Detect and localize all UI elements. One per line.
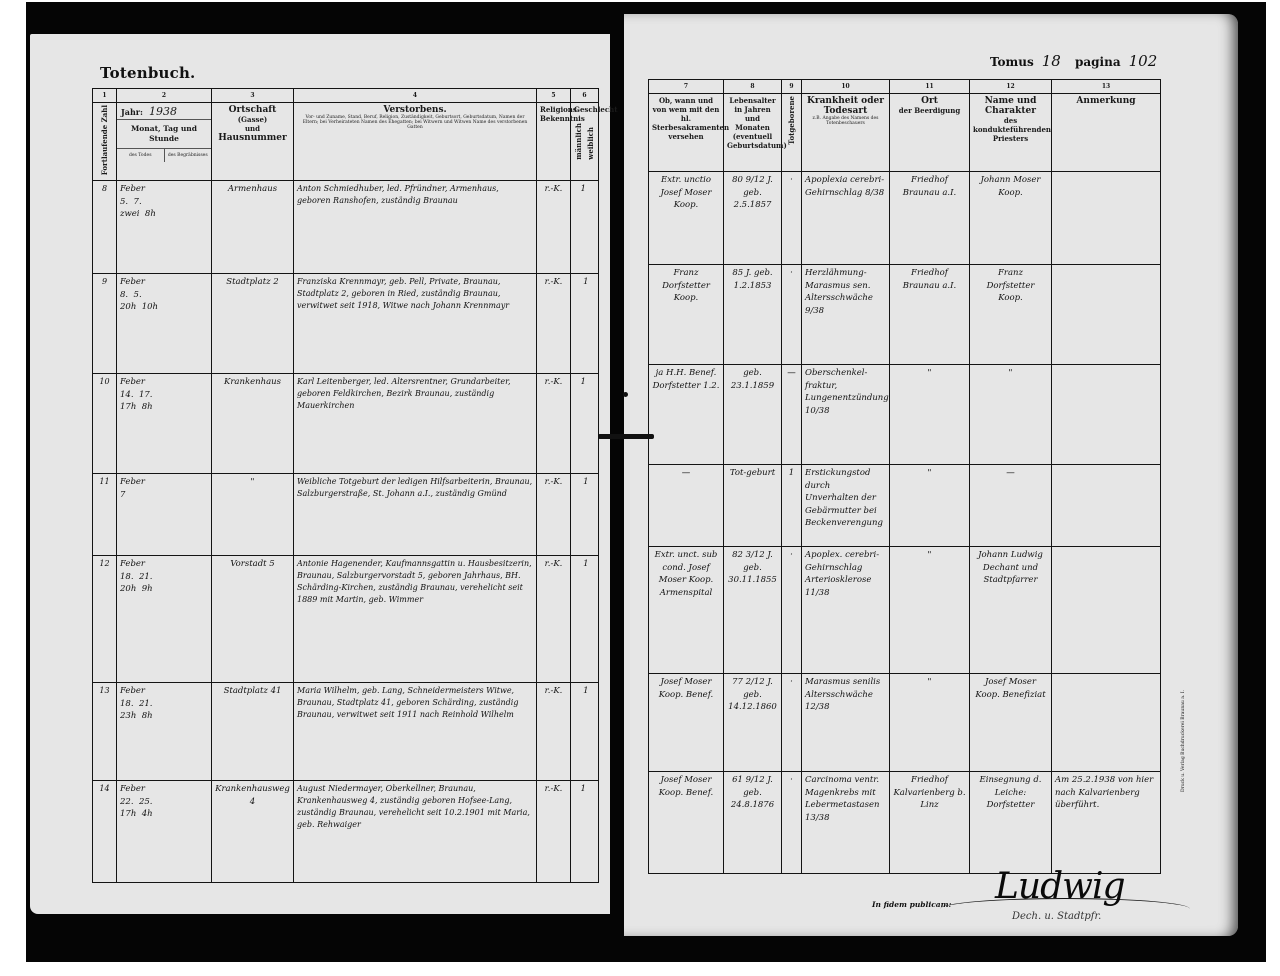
column-number-row: 7 8 9 10 11 12 13 (649, 80, 1161, 94)
entry-locality: " (212, 474, 294, 556)
entry-number: 10 (93, 374, 117, 474)
signature: Ludwig (995, 866, 1125, 907)
entry-stillborn: — (782, 365, 802, 465)
entry-sacraments: ja H.H. Benef. Dorfstetter 1.2. (649, 365, 724, 465)
entry-sacraments: Extr. unct. sub cond. Josef Moser Koop. … (649, 547, 724, 674)
entry-burial-place: Friedhof Braunau a.I. (890, 172, 970, 265)
tomus-label: Tomus18 (990, 52, 1061, 70)
entry-sex: 1 (571, 181, 599, 274)
entry-priest: Franz Dorfstetter Koop. (970, 265, 1052, 365)
entry-date: Feber 18. 21. 23h 8h (117, 683, 212, 781)
table-row: 8 Feber 5. 7. zwei 8h ArmenhausAnton Sch… (93, 181, 599, 274)
entry-sacraments: Josef Moser Koop. Benef. (649, 772, 724, 874)
entry-burial-place: Friedhof Braunau a.I. (890, 265, 970, 365)
entry-date: Feber 14. 17. 17h 8h (117, 374, 212, 474)
entry-locality: Stadtplatz 2 (212, 274, 294, 374)
entry-deceased: Antonie Hagenender, Kaufmannsgattin u. H… (294, 556, 537, 683)
entry-priest: Johann Moser Koop. (970, 172, 1052, 265)
entry-priest: — (970, 465, 1052, 547)
signature-title: Dech. u. Stadtpfr. (1012, 911, 1101, 922)
entry-deceased: Franziska Krennmayr, geb. Pell, Private,… (294, 274, 537, 374)
binding-dot (623, 392, 628, 397)
entry-locality: Krankenhausweg 4 (212, 781, 294, 883)
entry-burial-place: " (890, 674, 970, 772)
table-row: —Tot-geburt1Erstickungstod durch Unverha… (649, 465, 1161, 547)
entry-burial-place: " (890, 465, 970, 547)
entry-age: geb. 23.1.1859 (724, 365, 782, 465)
entry-sex: 1 (571, 274, 599, 374)
tomus-value: 18 (1042, 52, 1061, 70)
entry-cause: Herzlähmung-Marasmus sen. Altersschwäche… (802, 265, 890, 365)
entry-sacraments: — (649, 465, 724, 547)
entry-sex: 1 (571, 474, 599, 556)
table-row: Josef Moser Koop. Benef.77 2/12 J. geb. … (649, 674, 1161, 772)
entry-cause: Oberschenkel-fraktur, Lungenentzündung 1… (802, 365, 890, 465)
entry-remark: Am 25.2.1938 von hier nach Kalvarienberg… (1052, 772, 1161, 874)
entry-stillborn: · (782, 265, 802, 365)
entry-remark (1052, 365, 1161, 465)
right-header-row: Ob, wann und von wem mit den hl. Sterbes… (649, 94, 1161, 172)
entry-priest: Einsegnung d. Leiche: Dorfstetter (970, 772, 1052, 874)
entry-sacraments: Franz Dorfstetter Koop. (649, 265, 724, 365)
entry-number: 14 (93, 781, 117, 883)
entry-age: 80 9/12 J. geb. 2.5.1857 (724, 172, 782, 265)
entry-date: Feber 18. 21. 20h 9h (117, 556, 212, 683)
header-deceased: Verstorbens. Vor- und Zuname, Stand, Ber… (294, 103, 537, 181)
table-row: Extr. unctio Josef Moser Koop.80 9/12 J.… (649, 172, 1161, 265)
table-row: Extr. unct. sub cond. Josef Moser Koop. … (649, 547, 1161, 674)
entry-religion: r.-K. (537, 274, 571, 374)
entry-stillborn: 1 (782, 465, 802, 547)
entry-date: Feber 5. 7. zwei 8h (117, 181, 212, 274)
entry-remark (1052, 547, 1161, 674)
entry-religion: r.-K. (537, 474, 571, 556)
entry-stillborn: · (782, 674, 802, 772)
column-number-row: 1 2 3 4 5 6 (93, 89, 599, 103)
entry-religion: r.-K. (537, 781, 571, 883)
entry-deceased: Maria Wilhelm, geb. Lang, Schneidermeist… (294, 683, 537, 781)
pagina-value: 102 (1129, 52, 1158, 70)
entry-cause: Marasmus senilis Altersschwäche 12/38 (802, 674, 890, 772)
register-title: Totenbuch. (100, 64, 195, 82)
entry-sex: 1 (571, 374, 599, 474)
entry-date: Feber 8. 5. 20h 10h (117, 274, 212, 374)
binding-thread-mark (598, 434, 654, 439)
table-row: 9 Feber 8. 5. 20h 10h Stadtplatz 2Franzi… (93, 274, 599, 374)
entry-stillborn: · (782, 547, 802, 674)
entry-locality: Stadtplatz 41 (212, 683, 294, 781)
entry-sex: 1 (571, 683, 599, 781)
entry-age: 77 2/12 J. geb. 14.12.1860 (724, 674, 782, 772)
entry-remark (1052, 674, 1161, 772)
entry-deceased: Karl Leitenberger, led. Altersrentner, G… (294, 374, 537, 474)
entry-sacraments: Josef Moser Koop. Benef. (649, 674, 724, 772)
header-sacraments: Ob, wann und von wem mit den hl. Sterbes… (649, 94, 724, 172)
entry-deceased: August Niedermayer, Oberkellner, Braunau… (294, 781, 537, 883)
entry-remark (1052, 265, 1161, 365)
entry-sex: 1 (571, 781, 599, 883)
header-cause: Krankheit oder Todesart z.B. Angabe des … (802, 94, 890, 172)
entry-priest: Josef Moser Koop. Benefiziat (970, 674, 1052, 772)
entry-locality: Armenhaus (212, 181, 294, 274)
entry-sacraments: Extr. unctio Josef Moser Koop. (649, 172, 724, 265)
entry-remark (1052, 172, 1161, 265)
printer-note: Druck u. Verlag Buchdruckerei Braunau a.… (1181, 690, 1186, 792)
entry-burial-place: " (890, 547, 970, 674)
right-register-table: 7 8 9 10 11 12 13 Ob, wann und von wem m… (648, 79, 1161, 874)
entry-burial-place: Friedhof Kalvarienberg b. Linz (890, 772, 970, 874)
table-row: Franz Dorfstetter Koop.85 J. geb. 1.2.18… (649, 265, 1161, 365)
left-header-row: Fortlaufende Zahl Jahr:1938 Monat, Tag u… (93, 103, 599, 181)
table-row: 14 Feber 22. 25. 17h 4h Krankenhausweg 4… (93, 781, 599, 883)
header-age: Lebensalter in Jahren und Monaten (event… (724, 94, 782, 172)
table-row: ja H.H. Benef. Dorfstetter 1.2.geb. 23.1… (649, 365, 1161, 465)
header-priest: Name und Charakter des kondukteführenden… (970, 94, 1052, 172)
header-religion: Religions-Bekenntnis (537, 103, 571, 181)
table-row: 10 Feber 14. 17. 17h 8h KrankenhausKarl … (93, 374, 599, 474)
entry-locality: Vorstadt 5 (212, 556, 294, 683)
entry-religion: r.-K. (537, 556, 571, 683)
table-row: 12 Feber 18. 21. 20h 9h Vorstadt 5Antoni… (93, 556, 599, 683)
entry-cause: Apoplex. cerebri-Gehirnschlag Arterioskl… (802, 547, 890, 674)
entry-deceased: Anton Schmiedhuber, led. Pfründner, Arme… (294, 181, 537, 274)
entry-locality: Krankenhaus (212, 374, 294, 474)
entry-age: 82 3/12 J. geb. 30.11.1855 (724, 547, 782, 674)
left-register-table: 1 2 3 4 5 6 Fortlaufende Zahl Jahr:1938 … (92, 88, 599, 883)
header-date: Jahr:1938 Monat, Tag und Stunde des Tode… (117, 103, 212, 181)
entry-religion: r.-K. (537, 683, 571, 781)
entry-deceased: Weibliche Totgeburt der ledigen Hilfsarb… (294, 474, 537, 556)
year-value: 1938 (149, 105, 177, 118)
entry-age: 61 9/12 J. geb. 24.8.1876 (724, 772, 782, 874)
entry-number: 9 (93, 274, 117, 374)
entry-cause: Carcinoma ventr. Magenkrebs mit Lebermet… (802, 772, 890, 874)
entry-age: Tot-geburt (724, 465, 782, 547)
header-burial-place: Ort der Beerdigung (890, 94, 970, 172)
header-locality: Ortschaft (Gasse) und Hausnummer (212, 103, 294, 181)
entry-priest: " (970, 365, 1052, 465)
table-row: 11 Feber 7 "Weibliche Totgeburt der ledi… (93, 474, 599, 556)
entry-stillborn: · (782, 772, 802, 874)
entry-remark (1052, 465, 1161, 547)
entry-number: 13 (93, 683, 117, 781)
table-row: Josef Moser Koop. Benef.61 9/12 J. geb. … (649, 772, 1161, 874)
entry-burial-place: " (890, 365, 970, 465)
entry-cause: Erstickungstod durch Unverhalten der Geb… (802, 465, 890, 547)
header-remarks: Anmerkung (1052, 94, 1161, 172)
entry-religion: r.-K. (537, 374, 571, 474)
entry-sex: 1 (571, 556, 599, 683)
entry-priest: Johann Ludwig Dechant und Stadtpfarrer (970, 547, 1052, 674)
entry-date: Feber 7 (117, 474, 212, 556)
entry-number: 11 (93, 474, 117, 556)
entry-religion: r.-K. (537, 181, 571, 274)
entry-cause: Apoplexia cerebri-Gehirnschlag 8/38 (802, 172, 890, 265)
entry-date: Feber 22. 25. 17h 4h (117, 781, 212, 883)
pagina-label: pagina102 (1075, 52, 1157, 70)
entry-stillborn: · (782, 172, 802, 265)
header-serial-number: Fortlaufende Zahl (93, 103, 117, 181)
entry-age: 85 J. geb. 1.2.1853 (724, 265, 782, 365)
entry-number: 12 (93, 556, 117, 683)
header-stillborn: Totgeborene (782, 94, 802, 172)
entry-number: 8 (93, 181, 117, 274)
table-row: 13 Feber 18. 21. 23h 8h Stadtplatz 41Mar… (93, 683, 599, 781)
